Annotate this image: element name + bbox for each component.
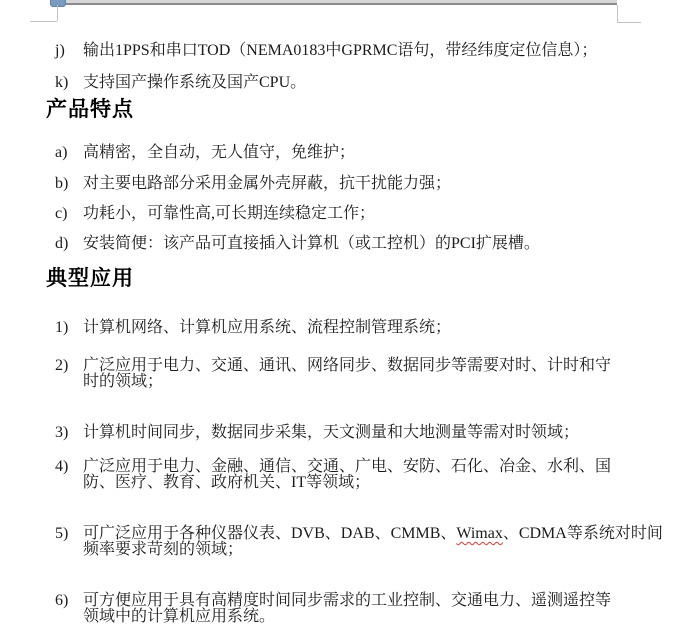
list-item-text: 防、医疗、教育、政府机关、IT等领域； xyxy=(83,474,370,491)
list-item-text: 高精密，全自动，无人值守，免维护； xyxy=(83,144,355,161)
list-item-text: 领域中的计算机应用系统。 xyxy=(83,608,275,625)
list-marker: c) xyxy=(55,206,83,222)
heading-typical-applications: 典型应用 xyxy=(46,268,134,289)
list-marker: 3) xyxy=(55,425,83,441)
list-item-text: 广泛应用于电力、交通、通讯、网络同步、数据同步等需要对时、计时和守 xyxy=(83,357,611,374)
list-marker: b) xyxy=(55,176,83,192)
list-item-5: 5) 可广泛应用于各种仪器仪表、DVB、DAB、CMMB、Wimax、CDMA等… xyxy=(55,526,623,558)
list-marker: 4) xyxy=(55,459,83,475)
list-item-3: 3) 计算机时间同步，数据同步采集，天文测量和大地测量等需对时领域； xyxy=(55,425,579,441)
text-boundary-mark-left xyxy=(57,5,58,21)
list-item-text: 计算机网络、计算机应用系统、流程控制管理系统； xyxy=(83,319,451,336)
list-marker: k) xyxy=(55,75,83,91)
list-item-2: 2) 广泛应用于电力、交通、通讯、网络同步、数据同步等需要对时、计时和守 时的领… xyxy=(55,358,623,390)
top-blue-marker-icon[interactable] xyxy=(50,0,66,7)
list-item-text: 、CDMA等系统对时间 xyxy=(503,525,663,542)
list-item-j: j) 输出1PPS和串口TOD（NEMA0183中GPRMC语句，带经纬度定位信… xyxy=(55,43,597,59)
list-item-text: 广泛应用于电力、金融、通信、交通、广电、安防、石化、冶金、水利、国 xyxy=(83,458,611,475)
list-item-text: 功耗小，可靠性高,可长期连续稳定工作； xyxy=(83,205,375,222)
list-item-k: k) 支持国产操作系统及国产CPU。 xyxy=(55,75,306,91)
list-marker: d) xyxy=(55,236,83,252)
list-item-text: 可广泛应用于各种仪器仪表、DVB、DAB、CMMB、 xyxy=(83,525,456,542)
text-boundary-mark-left xyxy=(30,21,57,22)
list-item-text: 可广泛应用于各种仪器仪表、DVB、DAB、CMMB、Wimax、CDMA等系统对… xyxy=(83,525,663,542)
text-boundary-mark-right xyxy=(617,5,618,22)
page-top-edge xyxy=(57,3,617,5)
document-page[interactable]: j) 输出1PPS和串口TOD（NEMA0183中GPRMC语句，带经纬度定位信… xyxy=(0,0,697,644)
list-item-text: 计算机时间同步，数据同步采集，天文测量和大地测量等需对时领域； xyxy=(83,424,579,441)
list-item-text: 时的领域； xyxy=(83,373,163,390)
list-item-1: 1) 计算机网络、计算机应用系统、流程控制管理系统； xyxy=(55,320,451,336)
list-item-6: 6) 可方便应用于具有高精度时间同步需求的工业控制、交通电力、遥测遥控等 领域中… xyxy=(55,593,623,625)
heading-product-features: 产品特点 xyxy=(46,99,134,120)
list-marker: 6) xyxy=(55,593,83,609)
list-item-d: d) 安装简便：该产品可直接插入计算机（或工控机）的PCI扩展槽。 xyxy=(55,236,540,252)
list-item-text: 频率要求苛刻的领域； xyxy=(83,541,243,558)
list-marker: 1) xyxy=(55,320,83,336)
list-item-text: 输出1PPS和串口TOD（NEMA0183中GPRMC语句，带经纬度定位信息）； xyxy=(83,42,597,59)
list-item-text: 支持国产操作系统及国产CPU。 xyxy=(83,74,306,91)
list-item-text: 安装简便：该产品可直接插入计算机（或工控机）的PCI扩展槽。 xyxy=(83,235,540,252)
list-item-b: b) 对主要电路部分采用金属外壳屏蔽，抗干扰能力强； xyxy=(55,176,451,192)
list-item-text: 对主要电路部分采用金属外壳屏蔽，抗干扰能力强； xyxy=(83,175,451,192)
list-marker: j) xyxy=(55,43,83,59)
list-item-a: a) 高精密，全自动，无人值守，免维护； xyxy=(55,145,355,161)
list-marker: 5) xyxy=(55,526,83,542)
list-item-text: 可方便应用于具有高精度时间同步需求的工业控制、交通电力、遥测遥控等 xyxy=(83,592,611,609)
list-marker: 2) xyxy=(55,358,83,374)
text-boundary-mark-right xyxy=(617,22,641,23)
list-item-c: c) 功耗小，可靠性高,可长期连续稳定工作； xyxy=(55,206,375,222)
list-marker: a) xyxy=(55,145,83,161)
list-item-4: 4) 广泛应用于电力、金融、通信、交通、广电、安防、石化、冶金、水利、国 防、医… xyxy=(55,459,623,491)
misspelled-word: Wimax xyxy=(456,525,502,542)
